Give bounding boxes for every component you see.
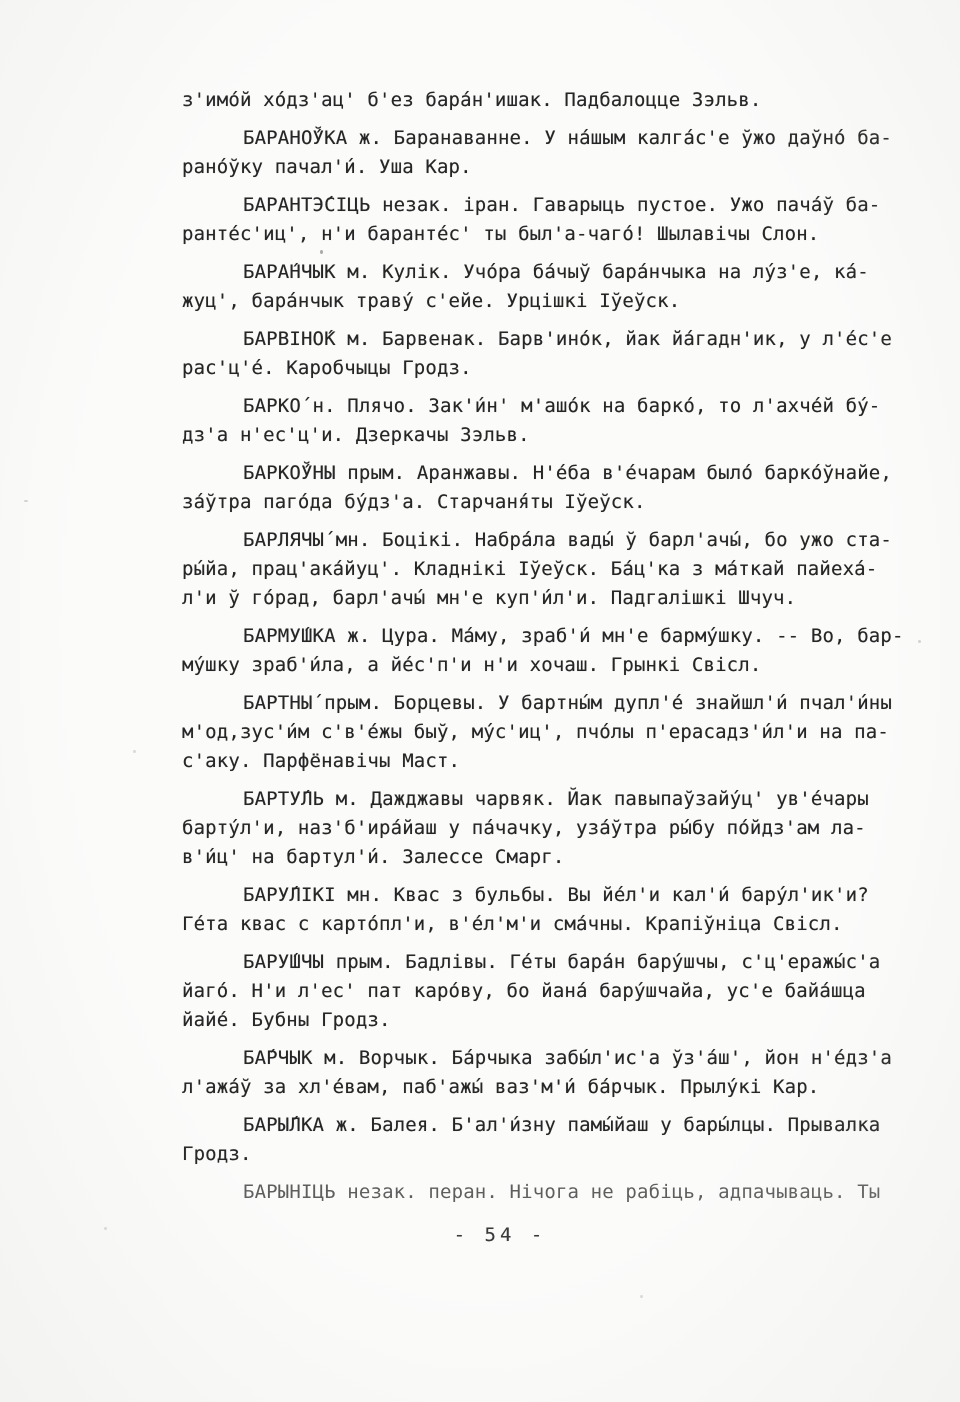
text-line: БАРУ́ЛІКІ мн. Квас з бульбы. Вы йе́л'и к… [182,881,922,910]
text-line: БАРЫНІЦЬ незак. перан. Нічога не рабіць,… [182,1178,922,1207]
scan-speck [640,1295,643,1298]
dictionary-entry: БАРЫНІЦЬ незак. перан. Нічога не рабіць,… [182,1178,922,1207]
dictionary-entry: БАРМУ́ШКА ж. Цура. Ма́му, зраб'и́ мн'е б… [182,622,922,680]
text-line: БАРКО́ЎНЫ прым. Аранжавы. Н'е́ба в'е́чар… [182,459,922,488]
text-line: БАРА́НЧЫК м. Кулік. Учо́ра ба́чыў бара́н… [182,258,922,287]
scan-speck [133,750,136,753]
text-line: рас'ц'е́. Каробчыцы Гродз. [182,354,922,383]
text-line: жуц', бара́нчык траву́ с'ейе. Урцішкі Іў… [182,287,922,316]
dictionary-entry: БАРЫ́ЛКА ж. Балея. Б'ал'и́зну памы́йаш у… [182,1111,922,1169]
text-line: БАРЛЯЧЫ́ мн. Боцікі. Набра́ла вады́ ў ба… [182,526,922,555]
dictionary-entry: БАРАНТЭ́СІЦЬ незак. іран. Гаварыць пусто… [182,191,922,249]
scan-speck [24,500,28,502]
scan-speck [104,1227,107,1230]
scan-speck [320,250,323,254]
text-line: БАРКО́ н. Плячо. Зак'и́н' м'ашо́к на бар… [182,392,922,421]
dictionary-text-block: з'имо́й хо́дз'ац' б'ез бара́н'ишак. Падб… [182,86,922,1207]
dictionary-entry: БА́РЧЫК м. Ворчык. Ба́рчыка забы́л'ис'а … [182,1044,922,1102]
scanned-dictionary-page: з'имо́й хо́дз'ац' б'ез бара́н'ишак. Падб… [0,0,960,1402]
text-line: БА́РЧЫК м. Ворчык. Ба́рчыка забы́л'ис'а … [182,1044,922,1073]
text-line: Гродз. [182,1140,922,1169]
text-line: барту́л'и, наз'б'ира́йаш у па́чачку, уза… [182,814,922,843]
dictionary-entry: БАРЛЯЧЫ́ мн. Боцікі. Набра́ла вады́ ў ба… [182,526,922,613]
text-line: дз'а н'ес'ц'и. Дзеркачы Зэльв. [182,421,922,450]
text-line: рано́ўку пачал'и́. Уша Кар. [182,153,922,182]
text-line: БАРТУ́ЛЬ м. Дажджавы чарвяк. Йак павыпаў… [182,785,922,814]
text-line: БАРАНО́ЎКА ж. Баранаванне. У на́шым калг… [182,124,922,153]
text-line: ры́йа, прац'ака́йуц'. Кладнікі Іўеўск. Б… [182,555,922,584]
page-number: - 54 - [20,1224,960,1246]
text-line: л'и ў го́рад, барл'ачы́ мн'е куп'и́л'и. … [182,584,922,613]
text-line: му́шку зраб'и́ла, а йе́с'п'и н'и хочаш. … [182,651,922,680]
text-line: БАРЫ́ЛКА ж. Балея. Б'ал'и́зну памы́йаш у… [182,1111,922,1140]
scan-speck [918,640,921,643]
text-line: йаго́. Н'и л'ес' пат каро́ву, бо йана́ б… [182,977,922,1006]
text-line: БАРАНТЭ́СІЦЬ незак. іран. Гаварыць пусто… [182,191,922,220]
dictionary-entry: БАРУ́ШЧЫ прым. Бадлівы. Ге́ты бара́н бар… [182,948,922,1035]
text-line: Ге́та квас с карто́пл'и, в'е́л'м'и сма́ч… [182,910,922,939]
text-line: ранте́с'иц', н'и баранте́с' ты был'а-чаг… [182,220,922,249]
dictionary-entry: БАРТУ́ЛЬ м. Дажджавы чарвяк. Йак павыпаў… [182,785,922,872]
dictionary-entry: БАРАНО́ЎКА ж. Баранаванне. У на́шым калг… [182,124,922,182]
dictionary-entry: БАРКО́ЎНЫ прым. Аранжавы. Н'е́ба в'е́чар… [182,459,922,517]
text-line: БАРМУ́ШКА ж. Цура. Ма́му, зраб'и́ мн'е б… [182,622,922,651]
text-line: в'и́ц' на бартул'и́. Залессе Смарг. [182,843,922,872]
dictionary-entry: БАРА́НЧЫК м. Кулік. Учо́ра ба́чыў бара́н… [182,258,922,316]
text-line: з'имо́й хо́дз'ац' б'ез бара́н'ишак. Падб… [182,86,922,115]
dictionary-entry: БАРУ́ЛІКІ мн. Квас з бульбы. Вы йе́л'и к… [182,881,922,939]
text-line: БАРТНЫ́ прым. Борцевы. У бартны́м дупл'е… [182,689,922,718]
text-line: йайе́. Бубны Гродз. [182,1006,922,1035]
dictionary-entry: БАРВІНО́К м. Барвенак. Барв'ино́к, йак й… [182,325,922,383]
dictionary-entry: БАРТНЫ́ прым. Борцевы. У бартны́м дупл'е… [182,689,922,776]
text-line: БАРВІНО́К м. Барвенак. Барв'ино́к, йак й… [182,325,922,354]
text-line: с'аку. Парфёнавічы Маст. [182,747,922,776]
text-line: за́ўтра паго́да бу́дз'а. Старчаня́ты Іўе… [182,488,922,517]
text-line: м'од,зус'и́м с'в'е́жы быў, му́с'иц', пчо… [182,718,922,747]
dictionary-entry: БАРКО́ н. Плячо. Зак'и́н' м'ашо́к на бар… [182,392,922,450]
text-line: БАРУ́ШЧЫ прым. Бадлівы. Ге́ты бара́н бар… [182,948,922,977]
text-line: л'ажа́ў за хл'е́вам, паб'ажы́ ваз'м'и́ б… [182,1073,922,1102]
continuation-paragraph: з'имо́й хо́дз'ац' б'ез бара́н'ишак. Падб… [182,86,922,115]
